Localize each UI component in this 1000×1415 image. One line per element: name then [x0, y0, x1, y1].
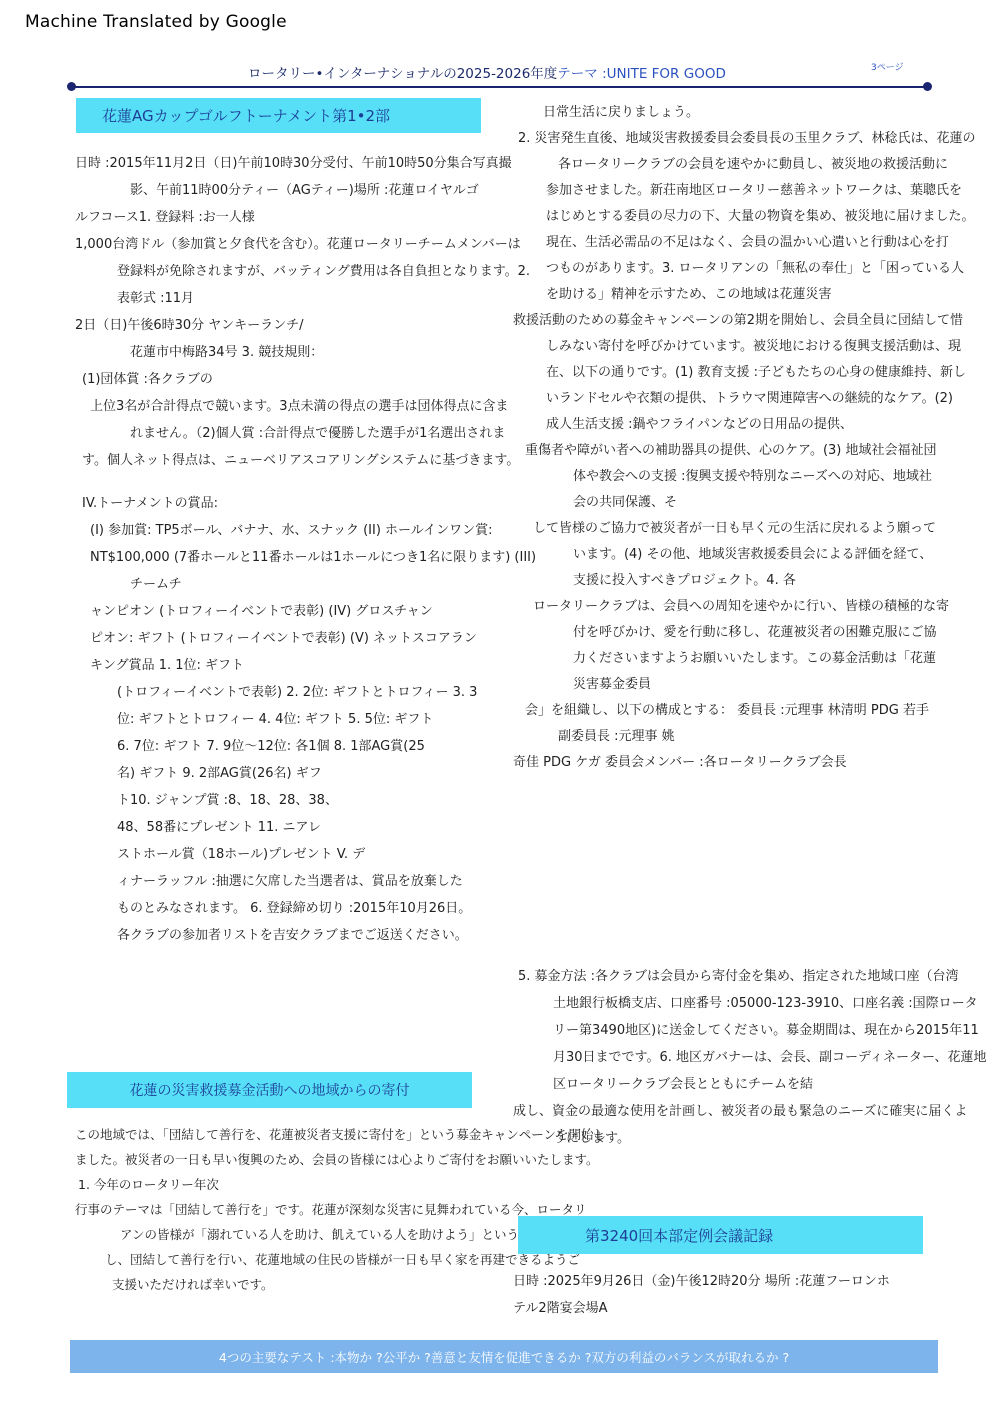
text-line: 支援に投入すべきプロジェクト。4. 各	[513, 568, 953, 594]
text-line: 名) ギフト 9. 2部AG賞(26名) ギフ	[75, 760, 525, 787]
document-page: { "page": { "watermark": "Machine Transl…	[0, 0, 1000, 1415]
header-title-prefix: ロータリー•インターナショナルの2025-2026年度	[248, 66, 557, 82]
text-line: 会」を組織し、以下の構成とする： 委員長 :元理事 林清明 PDG 若手	[513, 698, 953, 724]
text-line: 成人生活支援 :鍋やフライパンなどの日用品の提供、	[513, 412, 953, 438]
text-line: ピオン: ギフト (トロフィーイベントで表彰) (V) ネットスコアラン	[75, 625, 525, 652]
text-line: 日常生活に戻りましょう。	[513, 100, 953, 126]
text-line: れません。（2)個人賞 :合計得点で優勝した選手が1名選出されま	[75, 420, 525, 447]
section-title-text: 第3240回本部定例会議記録	[585, 1225, 773, 1246]
text-line: はじめとする委員の尽力の下、大量の物資を集め、被災地に届けました。	[513, 204, 953, 230]
text-line: ロータリークラブは、会員への周知を速やかに行い、皆様の積極的な寄	[513, 594, 953, 620]
text-line: 6. 7位: ギフト 7. 9位〜12位: 各1個 8. 1部AG賞(25	[75, 733, 525, 760]
text-line: キング賞品 1. 1位: ギフト	[75, 652, 525, 679]
text-line: を助ける」精神を示すため、この地域は花蓮災害	[513, 282, 953, 308]
text-line: 表彰式 :11月	[75, 285, 525, 312]
disaster-relief-report-text: 日常生活に戻りましょう。2. 災害発生直後、地域災害救援委員会委員長の玉里クラブ…	[513, 100, 953, 776]
text-line: 在、以下の通りです。(1) 教育支援 :子どもたちの心身の健康維持、新し	[513, 360, 953, 386]
text-line: 参加させました。新荘南地区ロータリー慈善ネットワークは、葉聰氏を	[513, 178, 953, 204]
text-line: 成し、資金の最適な使用を計画し、被災者の最も緊急のニーズに確実に届くよ	[513, 1098, 958, 1125]
text-line: 重傷者や障がい者への補助器具の提供、心のケア。(3) 地域社会福祉団	[513, 438, 953, 464]
text-line: 位: ギフトとトロフィー 4. 4位: ギフト 5. 5位: ギフト	[75, 706, 525, 733]
text-line: 現在、生活必需品の不足はなく、会員の温かい心遣いと行動は心を打	[513, 230, 953, 256]
text-line: 各クラブの参加者リストを吉安クラブまでご返送ください。	[75, 922, 525, 949]
text-line: しみない寄付を呼びかけています。被災地における復興支援活動は、現	[513, 334, 953, 360]
text-line: す。個人ネット得点は、ニューベリアスコアリングシステムに基づきます。	[75, 447, 525, 474]
text-line: 1,000台湾ドル（参加賞と夕食代を含む）。花蓮ロータリーチームメンバーは	[75, 231, 525, 258]
section-title-donation: 花蓮の災害救援募金活動への地域からの寄付	[67, 1072, 472, 1108]
text-line: 日時 :2015年11月2日（日)午前10時30分受付、午前10時50分集合写真…	[75, 150, 525, 177]
header-title-theme: テーマ :UNITE FOR GOOD	[557, 66, 726, 82]
text-line: 花蓮市中梅路34号 3. 競技規則：	[75, 339, 525, 366]
text-line: 上位3名が合計得点で競います。3点未満の得点の選手は団体得点に含ま	[75, 393, 525, 420]
text-line: 影、午前11時00分ティー（AGティー)場所 :花蓮ロイヤルゴ	[75, 177, 525, 204]
text-line: 1. 今年のロータリー年次	[70, 1172, 520, 1197]
text-line: テル2階宴会場A	[513, 1295, 943, 1322]
text-line: います。(4) その他、地域災害救援委員会による評価を経て、	[513, 542, 953, 568]
text-line: ストホール賞（18ホール)プレゼント V. デ	[75, 841, 525, 868]
text-line: つものがあります。3. ロータリアンの「無私の奉仕」と「困っている人	[513, 256, 953, 282]
text-line: チームチ	[75, 571, 525, 598]
text-line: 奇佳 PDG ケガ 委員会メンバー :各ロータリークラブ会長	[513, 750, 953, 776]
text-line: 体や教会への支援 :復興支援や特別なニーズへの対応、地域社	[513, 464, 953, 490]
divider-left-dot	[67, 82, 76, 91]
text-line: (トロフィーイベントで表彰) 2. 2位: ギフトとトロフィー 3. 3	[75, 679, 525, 706]
page-header-title: ロータリー•インターナショナルの2025-2026年度テーマ :UNITE FO…	[248, 62, 726, 82]
fundraising-method-text: 5. 募金方法 :各クラブは会員から寄付金を集め、指定された地域口座（台湾土地銀…	[513, 963, 958, 1152]
text-line: 救援活動のための募金キャンペーンの第2期を開始し、会員全員に団結して惜	[513, 308, 953, 334]
text-line: いランドセルや衣類の提供、トラウマ関連障害への継続的なケア。(2)	[513, 386, 953, 412]
four-way-test-text: 4つの主要なテスト :本物か ?公平か ?善意と友情を促進できるか ?双方の利益…	[219, 1348, 789, 1366]
text-line: リー第3490地区)に送金してください。募金期間は、現在から2015年11	[513, 1017, 958, 1044]
text-line: 日時 :2025年9月26日（金)午後12時20分 場所 :花蓮フーロンホ	[513, 1268, 943, 1295]
text-line: 副委員長 :元理事 姚	[513, 724, 953, 750]
text-line: 災害募金委員	[513, 672, 953, 698]
text-line: 月30日までです。6. 地区ガバナーは、会長、副コーディネーター、花蓮地	[513, 1044, 958, 1071]
text-line: ト10. ジャンプ賞 :8、18、28、38、	[75, 787, 525, 814]
section-title-text: 花蓮の災害救援募金活動への地域からの寄付	[130, 1080, 410, 1100]
text-line: IV.トーナメントの賞品:	[75, 490, 525, 517]
section-title-text: 花蓮AGカップゴルフトーナメント第1•2部	[102, 105, 390, 126]
divider-right-dot	[923, 82, 932, 91]
text-line: 会の共同保護、そ	[513, 490, 953, 516]
text-line: 2日（日)午後6時30分 ヤンキーランチ/	[75, 312, 525, 339]
text-line: 各ロータリークラブの会員を速やかに動員し、被災地の救援活動に	[513, 152, 953, 178]
text-line: 土地銀行板橋支店、口座番号 :05000-123-3910、口座名義 :国際ロー…	[513, 990, 958, 1017]
text-line	[75, 474, 525, 490]
text-line: (1)団体賞 :各クラブの	[75, 366, 525, 393]
text-line: NT$100,000 (7番ホールと11番ホールは1ホールにつき1名に限ります)…	[75, 544, 525, 571]
text-line: 2. 災害発生直後、地域災害救援委員会委員長の玉里クラブ、林稔氏は、花蓮の	[513, 126, 953, 152]
golf-tournament-text: 日時 :2015年11月2日（日)午前10時30分受付、午前10時50分集合写真…	[75, 150, 525, 949]
text-line: 区ロータリークラブ会長とともにチームを結	[513, 1071, 958, 1098]
text-line: アンの皆様が「溺れている人を助け、飢えている人を助けよう」という精神を発揮	[70, 1222, 520, 1247]
header-divider-line	[72, 86, 928, 88]
page-number: 3ページ	[871, 60, 904, 73]
text-line: して皆様のご協力で被災者が一日も早く元の生活に戻れるよう願って	[513, 516, 953, 542]
machine-translated-watermark: Machine Translated by Google	[25, 12, 287, 32]
text-line: 行事のテーマは「団結して善行を」です。花蓮が深刻な災害に見舞われている今、ロータ…	[70, 1197, 520, 1222]
text-line: 登録料が免除されますが、バッティング費用は各自負担となります。2.	[75, 258, 525, 285]
text-line: ャンピオン (トロフィーイベントで表彰) (IV) グロスチャン	[75, 598, 525, 625]
donation-campaign-text: この地域では、「団結して善行を、花蓮被災者支援に寄付を」という募金キャンペーンを…	[70, 1122, 520, 1297]
text-line: ィナーラッフル :抽選に欠席した当選者は、賞品を放棄した	[75, 868, 525, 895]
section-title-meeting-record: 第3240回本部定例会議記録	[518, 1216, 923, 1254]
text-line: 5. 募金方法 :各クラブは会員から寄付金を集め、指定された地域口座（台湾	[513, 963, 958, 990]
text-line: ました。被災者の一日も早い復興のため、会員の皆様には心よりご寄付をお願いいたしま…	[70, 1147, 520, 1172]
section-title-golf-tournament: 花蓮AGカップゴルフトーナメント第1•2部	[76, 98, 481, 133]
text-line: 付を呼びかけ、愛を行動に移し、花蓮被災者の困難克服にご協	[513, 620, 953, 646]
four-way-test-banner: 4つの主要なテスト :本物か ?公平か ?善意と友情を促進できるか ?双方の利益…	[70, 1340, 938, 1373]
text-line: し、団結して善行を行い、花蓮地域の住民の皆様が一日も早く家を再建できるようご	[70, 1247, 520, 1272]
text-line: この地域では、「団結して善行を、花蓮被災者支援に寄付を」という募金キャンペーンを…	[70, 1122, 520, 1147]
text-line: ルフコース1. 登録料 :お一人様	[75, 204, 525, 231]
text-line: (I) 参加賞: TP5ボール、バナナ、水、スナック (II) ホールインワン賞…	[75, 517, 525, 544]
text-line: 48、58番にプレゼント 11. ニアレ	[75, 814, 525, 841]
text-line: 支援いただければ幸いです。	[70, 1272, 520, 1297]
meeting-record-text: 日時 :2025年9月26日（金)午後12時20分 場所 :花蓮フーロンホテル2…	[513, 1268, 943, 1322]
text-line: 力くださいますようお願いいたします。この募金活動は「花蓮	[513, 646, 953, 672]
text-line: ものとみなされます。 6. 登録締め切り :2015年10月26日。	[75, 895, 525, 922]
